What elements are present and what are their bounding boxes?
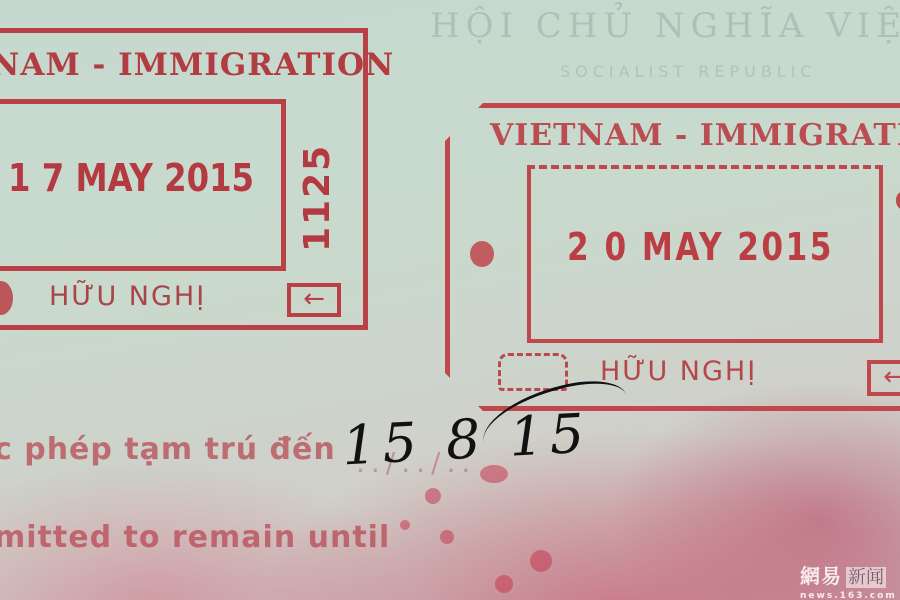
stamp-code: 9 <box>890 188 900 212</box>
stamp-header: VIETNAM - IMMIGRATION <box>490 118 900 153</box>
stamp-date-box: 2 0 MAY 2015 <box>527 165 883 343</box>
entry-stamp-left: NAM - IMMIGRATION 1 7 MAY 2015 1125 HỮU … <box>0 28 368 330</box>
stamp-border-gate: HỮU NGHỊ <box>49 281 206 312</box>
ink-blot <box>425 488 441 504</box>
handwritten-permit-date: 15 8 15 <box>341 402 592 478</box>
ink-blot <box>495 575 513 593</box>
logo-tag: 新闻 <box>846 567 886 588</box>
stamp-date: 1 7 MAY 2015 <box>8 156 254 200</box>
netease-news-logo: 網易新闻 news.163.com <box>800 560 900 600</box>
stamp-code: 1125 <box>297 123 347 273</box>
ink-blot <box>530 550 552 572</box>
ink-blot <box>400 520 410 530</box>
stamp-border-gate: HỮU NGHỊ <box>600 356 757 387</box>
entry-stamp-right: VIETNAM - IMMIGRATION 2 0 MAY 2015 HỮU N… <box>445 103 900 411</box>
arrow-left-icon: ← <box>287 283 341 317</box>
permit-text-vietnamese: c phép tạm trú đến <box>0 432 336 467</box>
logo-url: news.163.com <box>800 591 900 600</box>
background-watermark-line2: SOCIALIST REPUBLIC <box>560 62 817 81</box>
ink-blot <box>440 530 454 544</box>
logo-brand: 網易 <box>800 564 842 588</box>
stamp-date: 2 0 MAY 2015 <box>567 225 834 269</box>
background-watermark-line1: HỘI CHỦ NGHĨA VIỆT NAM <box>430 6 900 46</box>
arrow-left-icon: ← <box>867 360 900 396</box>
stamp-header: NAM - IMMIGRATION <box>0 47 394 83</box>
national-emblem-icon <box>470 241 494 267</box>
permit-text-english: mitted to remain until <box>0 520 390 555</box>
national-emblem-icon <box>0 281 13 315</box>
stamp-date-box: 1 7 MAY 2015 <box>0 99 286 271</box>
